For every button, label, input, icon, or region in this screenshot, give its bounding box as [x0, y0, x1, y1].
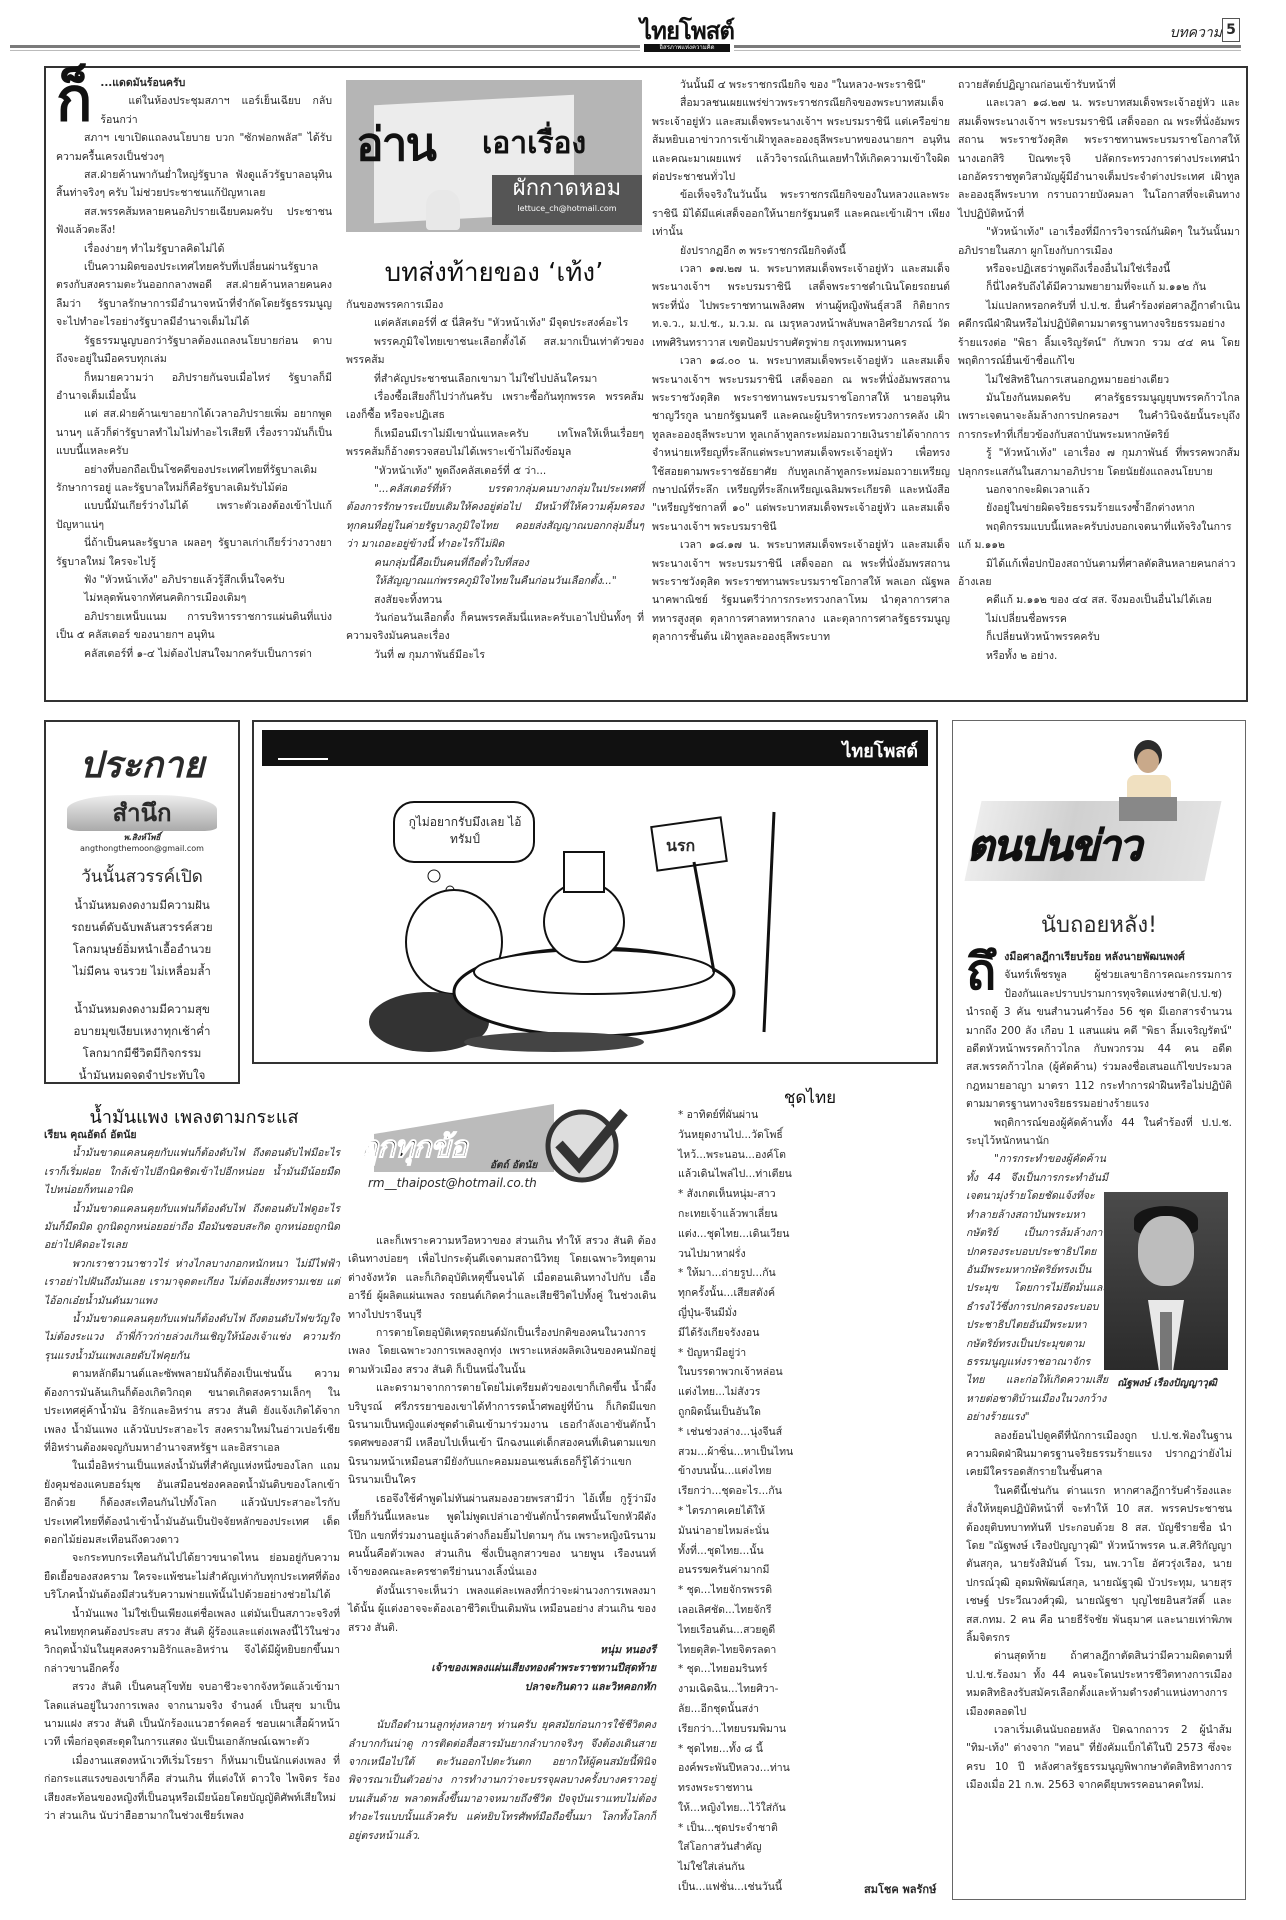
paragraph: สส.พรรคส้มหลายคนอภิปรายเฉียบคมครับ ประชา…	[56, 203, 332, 240]
paragraph: เวลา ๑๘.๐๐ น. พระบาทสมเด็จพระเจ้าอยู่หัว…	[652, 352, 950, 536]
poem-box: ประกาย สำนึก พ.สิงห์โพธิ์ angthongthemoo…	[44, 720, 240, 1084]
poem-line: ใส่โอกาสวันสำคัญ	[678, 1838, 848, 1858]
paragraph: และดรามาจากการตายโดยไม่เตรียมตัวของเขาก็…	[348, 1379, 656, 1489]
signature-line: หนุ่ม หนองรี	[348, 1641, 656, 1659]
poem-line: ในบรรดาพวกเจ้าหล่อน	[678, 1363, 848, 1383]
column-left: ก็ ...แดดมันร้อนครับ แต่ในห้องประชุมสภาฯ…	[56, 74, 332, 663]
chudthai-author: สมโชค พลรักษ์	[864, 1880, 936, 1898]
poem-line: * ชุด...ไทยจักรพรรดิ	[678, 1581, 848, 1601]
section-label: บทความ	[1170, 22, 1222, 44]
column-mid: กันของพรรคการเมืองแต่คลัสเตอร์ที่ ๕ นี่ส…	[346, 296, 644, 664]
tonpon-paras-2: ลองย้อนไปดูคดีที่นักการเมืองถูก ป.ป.ช.ฟ้…	[966, 1427, 1232, 1795]
paragraph: น้ำมันแพง ไม่ใช่เป็นเพียงแต่ชื่อเพลง แต่…	[44, 1605, 340, 1679]
paragraph: นอกจากจะผิดเวลาแล้ว	[958, 481, 1240, 499]
politician-photo	[1104, 1192, 1228, 1370]
paragraph: แบบนี้มันเกียร์ว่างไม่ได้ เพราะตัวเองต้อ…	[56, 497, 332, 534]
chudthai-poem: * อาทิตย์ที่ผันผ่านวันหยุดงานไป...วัดโพธ…	[678, 1106, 848, 1898]
paragraph: ลองย้อนไปดูคดีที่นักการเมืองถูก ป.ป.ช.ฟ้…	[966, 1427, 1232, 1482]
author-name: ผักกาดหอม	[492, 175, 642, 203]
paragraph: หรือจะปฏิเสธว่าพูดถึงเรื่องอื่นไม่ใช่เรื…	[958, 260, 1240, 278]
paragraph: ไม่แปลกหรอกครับที่ ป.ป.ช. ยื่นคำร้องต่อศ…	[958, 297, 1240, 371]
letter-lyrics: น้ำมันขาดแคลนคุยกับแฟนก็ต้องดับไฟ ถึงตอน…	[44, 1144, 340, 1365]
cartoonist-mascot-icon	[278, 736, 328, 760]
banner-title-big: อ่าน	[356, 108, 435, 181]
poem-line: แล้วเดินไพล่ไป...ท่าเตียน	[678, 1165, 848, 1185]
tonpon-quote: "การกระทำของผู้คัดค้านทั้ง 44 จึงเป็นการ…	[966, 1150, 1108, 1426]
paragraph: ข้อเท็จจริงในวันนั้น พระราชกรณียกิจของใน…	[652, 186, 950, 241]
poem-line: กะเทยเจ้าแล้วพาเลี่ยน	[678, 1205, 848, 1225]
page-number: 5	[1222, 18, 1240, 42]
cartoon-header-bar: ไทยโพสต์	[262, 730, 928, 766]
paragraph: เรื่องซื้อเสียงก็ไปว่ากันครับ เพราะซื้อก…	[346, 388, 644, 425]
paragraph: ก็นี่ไงครับถึงได้มีความพยายามที่จะแก้ ม.…	[958, 278, 1240, 296]
paragraph: และก็เพราะความหวือหวาของ ส่วนเกิน ทำให้ …	[348, 1232, 656, 1324]
poem-stanza-2: น้ำมันหมดงดงามมีความสุขอบายมุขเงียบเหงาท…	[46, 998, 238, 1086]
paragraph: ถวายสัตย์ปฏิญาณก่อนเข้ารับหน้าที่	[958, 76, 1240, 94]
poem-line: ไหว้...พระนอน...องค์โต	[678, 1146, 848, 1166]
paragraph: มิได้แก้เพื่อปกป้องสถาบันตามที่ศาลตัดสิน…	[958, 555, 1240, 592]
paragraph: แต่คลัสเตอร์ที่ ๕ นี่สิครับ "หัวหน้าเท้ง…	[346, 314, 644, 332]
article-headline: บทส่งท้ายของ ‘เท้ง’	[346, 252, 642, 293]
paragraph: ไม่เปลี่ยนชื่อพรรค	[958, 610, 1240, 628]
paragraph: รัฐธรรมนูญบอกว่ารัฐบาลต้องแถลงนโยบายก่อน…	[56, 332, 332, 369]
poem-line: เลอเลิศชัด...ไทยจักรี	[678, 1601, 848, 1621]
paragraph: ในเมื่ออิหร่านเป็นแหล่งน้ำมันที่สำคัญแห่…	[44, 1457, 340, 1549]
poem-line: โลกมนุษย์อิ่มหนำเอื้ออำนวย	[46, 938, 238, 960]
paragraph: ฟัง "หัวหน้าเท้ง" อภิปรายแล้วรู้สึกเห็นใ…	[56, 571, 332, 589]
paragraph: หรือทั้ง ๒ อย่าง.	[958, 647, 1240, 665]
drop-cap: ก็	[56, 74, 92, 126]
paragraph: เวลา ๑๗.๒๗ น. พระบาทสมเด็จพระเจ้าอยู่หัว…	[652, 260, 950, 352]
photo-caption: ณัฐพงษ์ เรืองปัญญาวุฒิ	[1100, 1376, 1234, 1391]
editorial-cartoon-illustration	[254, 772, 940, 1062]
paragraph: สรวง สันติ เป็นคนสุโขทัย จบอาชีวะจากจังห…	[44, 1678, 340, 1752]
poem-line: เรียกว่า...ไทยบรมพิมาน	[678, 1720, 848, 1740]
thukthukkho-closing: นับถือตำนานลูกทุ่งหลายๆ ท่านครับ ยุคสมัย…	[348, 1716, 656, 1845]
poem-line: อบายมุขเงียบเหงาทุกเช้าค่ำ	[46, 1020, 238, 1042]
poem-line: * ไตรภาคเคยได้ให้	[678, 1502, 848, 1522]
poem-line: น้ำมันหมดงดงามมีความฝัน	[46, 894, 238, 916]
paragraph: สงสัยจะทิ้งทวน	[346, 591, 644, 609]
paragraph: พฤติการณ์ของผู้คัดค้านทั้ง 44 ในคำร้องที…	[966, 1114, 1232, 1151]
paragraph: แต่ สส.ฝ่ายค้านเขาอยากได้เวลาอภิปรายเพิ่…	[56, 405, 332, 460]
poem-line: ไทยเรือนต้น...สวยดูดี	[678, 1621, 848, 1641]
poem-line: * อาทิตย์ที่ผันผ่าน	[678, 1106, 848, 1126]
paragraph: ให้สัญญาณแก่พรรคภูมิใจไทยในคืนก่อนวันเลื…	[346, 572, 644, 590]
poem-line: ไม่ใช่ใส่เล่นกัน	[678, 1858, 848, 1878]
thukthukkho-signature: หนุ่ม หนองรีเจ้าของเพลงแผ่นเสียงทองคำพระ…	[348, 1641, 656, 1696]
cartoon-speech-bubble: กูไม่อยากรับมึงเลย ไอ้ทรัมป์	[402, 814, 528, 848]
paragraph: น้ำมันขาดแคลนคุยกับแฟนก็ต้องดับไฟ ถึงตอน…	[44, 1310, 340, 1365]
poem-line: * ปัญหามีอยู่ว่า	[678, 1344, 848, 1364]
newspaper-logo[interactable]: ไทยโพสต์ อิสรภาพแห่งความคิด	[640, 18, 734, 54]
poem-line: ลัย...อีกชุดนั้นสง่า	[678, 1700, 848, 1720]
paragraph: รู้ "หัวหน้าเท้ง" เอาเรื่อง ๗ กุมภาพันธ์…	[958, 444, 1240, 481]
poem-line: อนรรฆครันค่ามากมี	[678, 1561, 848, 1581]
paragraph: แต่ในห้องประชุมสภาฯ แอร์เย็นเฉียบ กลับร้…	[56, 92, 332, 129]
column-banner: อ่าน เอาเรื่อง ผักกาดหอม lettuce_ch@hotm…	[346, 80, 642, 232]
column-4: ถวายสัตย์ปฏิญาณก่อนเข้ารับหน้าที่และเวลา…	[958, 76, 1240, 665]
paragraph: ยังอยู่ในข่ายผิดจริยธรรมร้ายแรงซ้ำอีกต่า…	[958, 499, 1240, 517]
photo-tie	[1160, 1312, 1172, 1370]
masthead: ไทยโพสต์ อิสรภาพแห่งความคิด บทความ 5	[0, 0, 1286, 56]
paragraph: คนกลุ่มนี้คือเป็นคนที่ถือตั๋วใบที่สอง	[346, 554, 644, 572]
paragraph: เวลาเริ่มเดินนับถอยหลัง ปิดฉากถาวร 2 ผู้…	[966, 1721, 1232, 1795]
letter-salutation: เรียน คุณอัตถ์ อัตนัย	[44, 1126, 340, 1144]
poem-line: วนไปมาหาฝรั่ง	[678, 1245, 848, 1265]
signature-line: เจ้าของเพลงแผ่นเสียงทองคำพระราชทานปีสุดท…	[348, 1659, 656, 1677]
paragraph: อย่างที่บอกถือเป็นโชคดีของประเทศไทยที่รั…	[56, 461, 332, 498]
signature-line: ปลาจะกินดาว และวิหคอกหัก	[348, 1678, 656, 1696]
paragraph: วันนั้นมี ๔ พระราชกรณียกิจ ของ "ในหลวง-พ…	[652, 76, 950, 94]
paragraph: วันก่อนวันเลือกตั้ง ก็คนพรรคส้มนี่แหละคร…	[346, 609, 644, 646]
paragraph: สส.ฝ่ายค้านพากันย่ำใหญ่รัฐบาล ฟังดูแล้วร…	[56, 166, 332, 203]
poem-line: น้ำมันหมดจดจำประทับใจ	[46, 1064, 238, 1086]
poem-ribbon: สำนึก	[67, 795, 217, 831]
poem-line: รถยนต์ดับฉับพลันสวรรค์สวย	[46, 916, 238, 938]
thukthukkho-paragraphs: และก็เพราะความหวือหวาของ ส่วนเกิน ทำให้ …	[348, 1232, 656, 1637]
paragraph: กันของพรรคการเมือง	[346, 296, 644, 314]
paragraph: "หัวหน้าเท้ง" เอาเรื่องที่มีการวิจารณ์กั…	[958, 223, 1240, 260]
thukthukkho-author: อัตถ์ อัตนัย	[490, 1158, 537, 1173]
poem-line: * เช่นช่วงล่าง...นุ่งจีนส์	[678, 1423, 848, 1443]
paragraph: น้ำมันขาดแคลนคุยกับแฟนก็ต้องดับไฟ ถึงตอน…	[44, 1144, 340, 1199]
paragraph: ด่านสุดท้าย ถ้าศาลฎีกาตัดสินว่ามีความผิด…	[966, 1647, 1232, 1721]
column-left-body: แต่ในห้องประชุมสภาฯ แอร์เย็นเฉียบ กลับร้…	[56, 92, 332, 663]
poem-line: ทรงพระราชทาน	[678, 1779, 848, 1799]
paragraph: พวกเราชาวนาชาวไร่ ห่างไกลบางกอกหนักหนา ไ…	[44, 1255, 340, 1310]
poem-line: แต่ง...ชุดไทย...เดินเวียน	[678, 1225, 848, 1245]
tonpon-lead: งมือศาลฎีกาเรียบร้อย หลังนายพัฒนพงศ์	[966, 948, 1232, 966]
poem-masthead-script: ประกาย	[46, 736, 238, 793]
thukthukkho-title: ถูกทุกข้อ	[360, 1124, 467, 1171]
poem-line: มีได้รังเกียจรังงอน	[678, 1324, 848, 1344]
paragraph: ก็เปลี่ยนหัวหน้าพรรคครับ	[958, 628, 1240, 646]
paragraph: "...คลัสเตอร์ที่ห้า บรรดากลุ่มคนบางกลุ่ม…	[346, 480, 644, 554]
paragraph: จันทร์เพ็ชรพูล ผู้ช่วยเลขาธิการคณะกรรมกา…	[966, 966, 1232, 1113]
author-bar: ผักกาดหอม lettuce_ch@hotmail.com	[492, 175, 642, 225]
poem-line: วันหยุดงานไป...วัดโพธิ์	[678, 1126, 848, 1146]
lead-text: ...แดดมันร้อนครับ	[56, 74, 332, 92]
photo-face	[1138, 1216, 1194, 1286]
poem-line: ไทยดุสิต-ไทยจิตรลดา	[678, 1641, 848, 1661]
masthead-rule	[10, 45, 1241, 48]
tonpon-masthead: ตนปนข่าว	[967, 813, 1140, 879]
paragraph: น้ำมันขาดแคลนคุยกับแฟนก็ต้องดับไฟ ถึงตอน…	[44, 1200, 340, 1255]
poem-line: เรียกว่า...ชุดอะไร...กัน	[678, 1482, 848, 1502]
paragraph: เธอจึงใช้คำพูดไม่ทันผ่านสมองอวยพรสามีว่า…	[348, 1490, 656, 1582]
masthead-rule-thin	[10, 50, 1241, 51]
poem-line: ทุกครั้งนั้น...เสียสตังค์	[678, 1284, 848, 1304]
paragraph: ยังปรากฏอีก ๓ พระราชกรณียกิจดังนี้	[652, 242, 950, 260]
paragraph: เวลา ๑๘.๑๗ น. พระบาทสมเด็จพระเจ้าอยู่หัว…	[652, 536, 950, 646]
paragraph: วันที่ ๗ กุมภาพันธ์มีอะไร	[346, 646, 644, 664]
poem-line: โลกมากมีชีวิตมีกิจกรรม	[46, 1042, 238, 1064]
poem-line: * เป็น...ชุดประจำชาติ	[678, 1819, 848, 1839]
paragraph: ก็เหมือนมีเราไม่มีเขานั่นแหละครับ เทโพลใ…	[346, 425, 644, 462]
banner-title-small: เอาเรื่อง	[482, 120, 586, 167]
paragraph: สื่อมวลชนเผยแพร่ข่าวพระราชกรณียกิจของพระ…	[652, 94, 950, 186]
paragraph: นี่ถ้าเป็นคนละรัฐบาล เผลอๆ รัฐบาลเก่าเกี…	[56, 534, 332, 571]
paragraph: ที่สำคัญประชาชนเลือกเขามา ไม่ใช่ไปปล้นใค…	[346, 370, 644, 388]
poem-line: * ชุด...ไทยอมรินทร์	[678, 1660, 848, 1680]
tonpon-headline: นับถอยหลัง!	[953, 907, 1245, 942]
paragraph: ไม่หลุดพ้นจากทัศนคติการเมืองเดิมๆ	[56, 589, 332, 607]
hand-illustration	[426, 190, 460, 230]
paragraph: พฤติกรรมแบบนี้แหละครับบ่งบอกเจตนาที่แท้จ…	[958, 518, 1240, 555]
poem-line: * ชุดไทย...ทั้ง ๘ นี้	[678, 1740, 848, 1760]
paragraph: สภาฯ เขาเปิดแถลงนโยบาย บวก "ซักฟอกพลัส" …	[56, 129, 332, 166]
cartoon-box: ไทยโพสต์ กูไม่อยากรับมึงเลย ไอ้ทรัมป์ นร…	[252, 720, 938, 1064]
poem-line: ข้างบนนั้น...แต่งไทย	[678, 1462, 848, 1482]
paragraph: ตามหลักดีมานด์และซัพพลายมันก็ต้องเป็นเช่…	[44, 1365, 340, 1457]
paragraph: เป็นความผิดของประเทศไทยครับที่เปลี่ยนผ่า…	[56, 258, 332, 332]
poem-line: มันน่าอายไหมล่ะนั่น	[678, 1522, 848, 1542]
poem-line: สวม...ผ้าซิ่น...หาเป็นไทน	[678, 1443, 848, 1463]
tonpon-paras: จันทร์เพ็ชรพูล ผู้ช่วยเลขาธิการคณะกรรมกา…	[966, 966, 1232, 1150]
thukthukkho-email[interactable]: rm__thaipost@hotmail.co.th	[368, 1176, 537, 1190]
poem-line: แต่งไทย...ไม่สังวร	[678, 1383, 848, 1403]
poem-line: ให้...หญิงไทย...ไว้ใส่กัน	[678, 1799, 848, 1819]
author-email[interactable]: lettuce_ch@hotmail.com	[492, 203, 642, 215]
paragraph: "หัวหน้าเท้ง" พูดถึงคลัสเตอร์ที่ ๕ ว่า..…	[346, 462, 644, 480]
letter-body: เรียน คุณอัตถ์ อัตนัย น้ำมันขาดแคลนคุยกั…	[44, 1126, 340, 1825]
paragraph: ก็หมายความว่า อภิปรายกันจบเมื่อไหร่ รัฐบ…	[56, 369, 332, 406]
poem-line: * สังเกตเห็นหนุ่ม-สาว	[678, 1185, 848, 1205]
cartoon-brand: ไทยโพสต์	[842, 736, 918, 765]
poem-line: ไม่มีคน จนรวย ไม่เหลื่อมล้ำ	[46, 960, 238, 982]
letter-paragraphs: ตามหลักดีมานด์และซัพพลายมันก็ต้องเป็นเช่…	[44, 1365, 340, 1825]
poem-line: ทั้งที่...ชุดไทย...นั้น	[678, 1542, 848, 1562]
paragraph: ไม่ใช่สิทธิในการเสนอกฎหมายอย่างเดียว	[958, 371, 1240, 389]
paragraph: คลัสเตอร์ที่ ๑-๔ ไม่ต้องไปสนใจมากครับเป็…	[56, 645, 332, 663]
paragraph: เมื่องานแสดงหน้าเวทีเริ่มโรยรา ก็หันมาเป…	[44, 1752, 340, 1826]
paragraph: คดีแก้ ม.๑๑๒ ของ ๔๔ สส. จึงมองเป็นอื่นไม…	[958, 591, 1240, 609]
column-3: วันนั้นมี ๔ พระราชกรณียกิจ ของ "ในหลวง-พ…	[652, 76, 950, 647]
tonpon-drop-cap: ถึ	[966, 948, 996, 996]
poem-line: องค์พระพันปีหลวง...ท่าน	[678, 1759, 848, 1779]
poem-line: งามเฉิดฉิน...ไทยศิวา-	[678, 1680, 848, 1700]
paragraph: และเวลา ๑๘.๒๗ น. พระบาทสมเด็จพระเจ้าอยู่…	[958, 94, 1240, 223]
paragraph: มันโยงกันหมดครับ ศาลรัฐธรรมนูญยุบพรรคก้า…	[958, 389, 1240, 444]
paragraph: พรรคภูมิใจไทยเขาชนะเลือกตั้งได้ สส.มากเป…	[346, 333, 644, 370]
poem-stanza-1: น้ำมันหมดงดงามมีความฝันรถยนต์ดับฉับพลันส…	[46, 894, 238, 982]
paragraph: เรื่องง่ายๆ ทำไมรัฐบาลคิดไม่ได้	[56, 240, 332, 258]
thukthukkho-body: และก็เพราะความหวือหวาของ ส่วนเกิน ทำให้ …	[348, 1232, 656, 1845]
paragraph: ดังนั้นเราจะเห็นว่า เพลงแต่ละเพลงที่กว่า…	[348, 1582, 656, 1637]
paragraph: การตายโดยอุบัติเหตุรถยนต์มักเป็นเรื่องปก…	[348, 1324, 656, 1379]
poem-line: ญี่ปุ่น-จีนมีมั่ง	[678, 1304, 848, 1324]
poem-line: ถูกผิดนั้นเป็นอันใด	[678, 1403, 848, 1423]
paragraph: ในคดีนี้เช่นกัน ด่านแรก หากศาลฎีการับคำร…	[966, 1482, 1232, 1648]
poem-title: วันนั้นสวรรค์เปิด	[46, 863, 238, 890]
poem-author: พ.สิงห์โพธิ์	[46, 831, 238, 844]
poem-email[interactable]: angthongthemoon@gmail.com	[46, 844, 238, 853]
cartoon-sign: นรก	[666, 834, 695, 859]
poem-line: น้ำมันหมดงดงามมีความสุข	[46, 998, 238, 1020]
poem-line: * ให้มา...ถ่ายรูป...กัน	[678, 1264, 848, 1284]
paragraph: จะกระทบกระเทือนกันไปได้ยาวขนาดไหน ย่อมอย…	[44, 1549, 340, 1604]
tonpon-body: ถึ งมือศาลฎีกาเรียบร้อย หลังนายพัฒนพงศ์ …	[966, 948, 1232, 1795]
poem-line: เป็น...แฟชั่น...เช่นวันนี้	[678, 1878, 848, 1898]
paragraph: อภิปรายเหน็บแนม การบริหารราชการแผ่นดินที…	[56, 608, 332, 645]
